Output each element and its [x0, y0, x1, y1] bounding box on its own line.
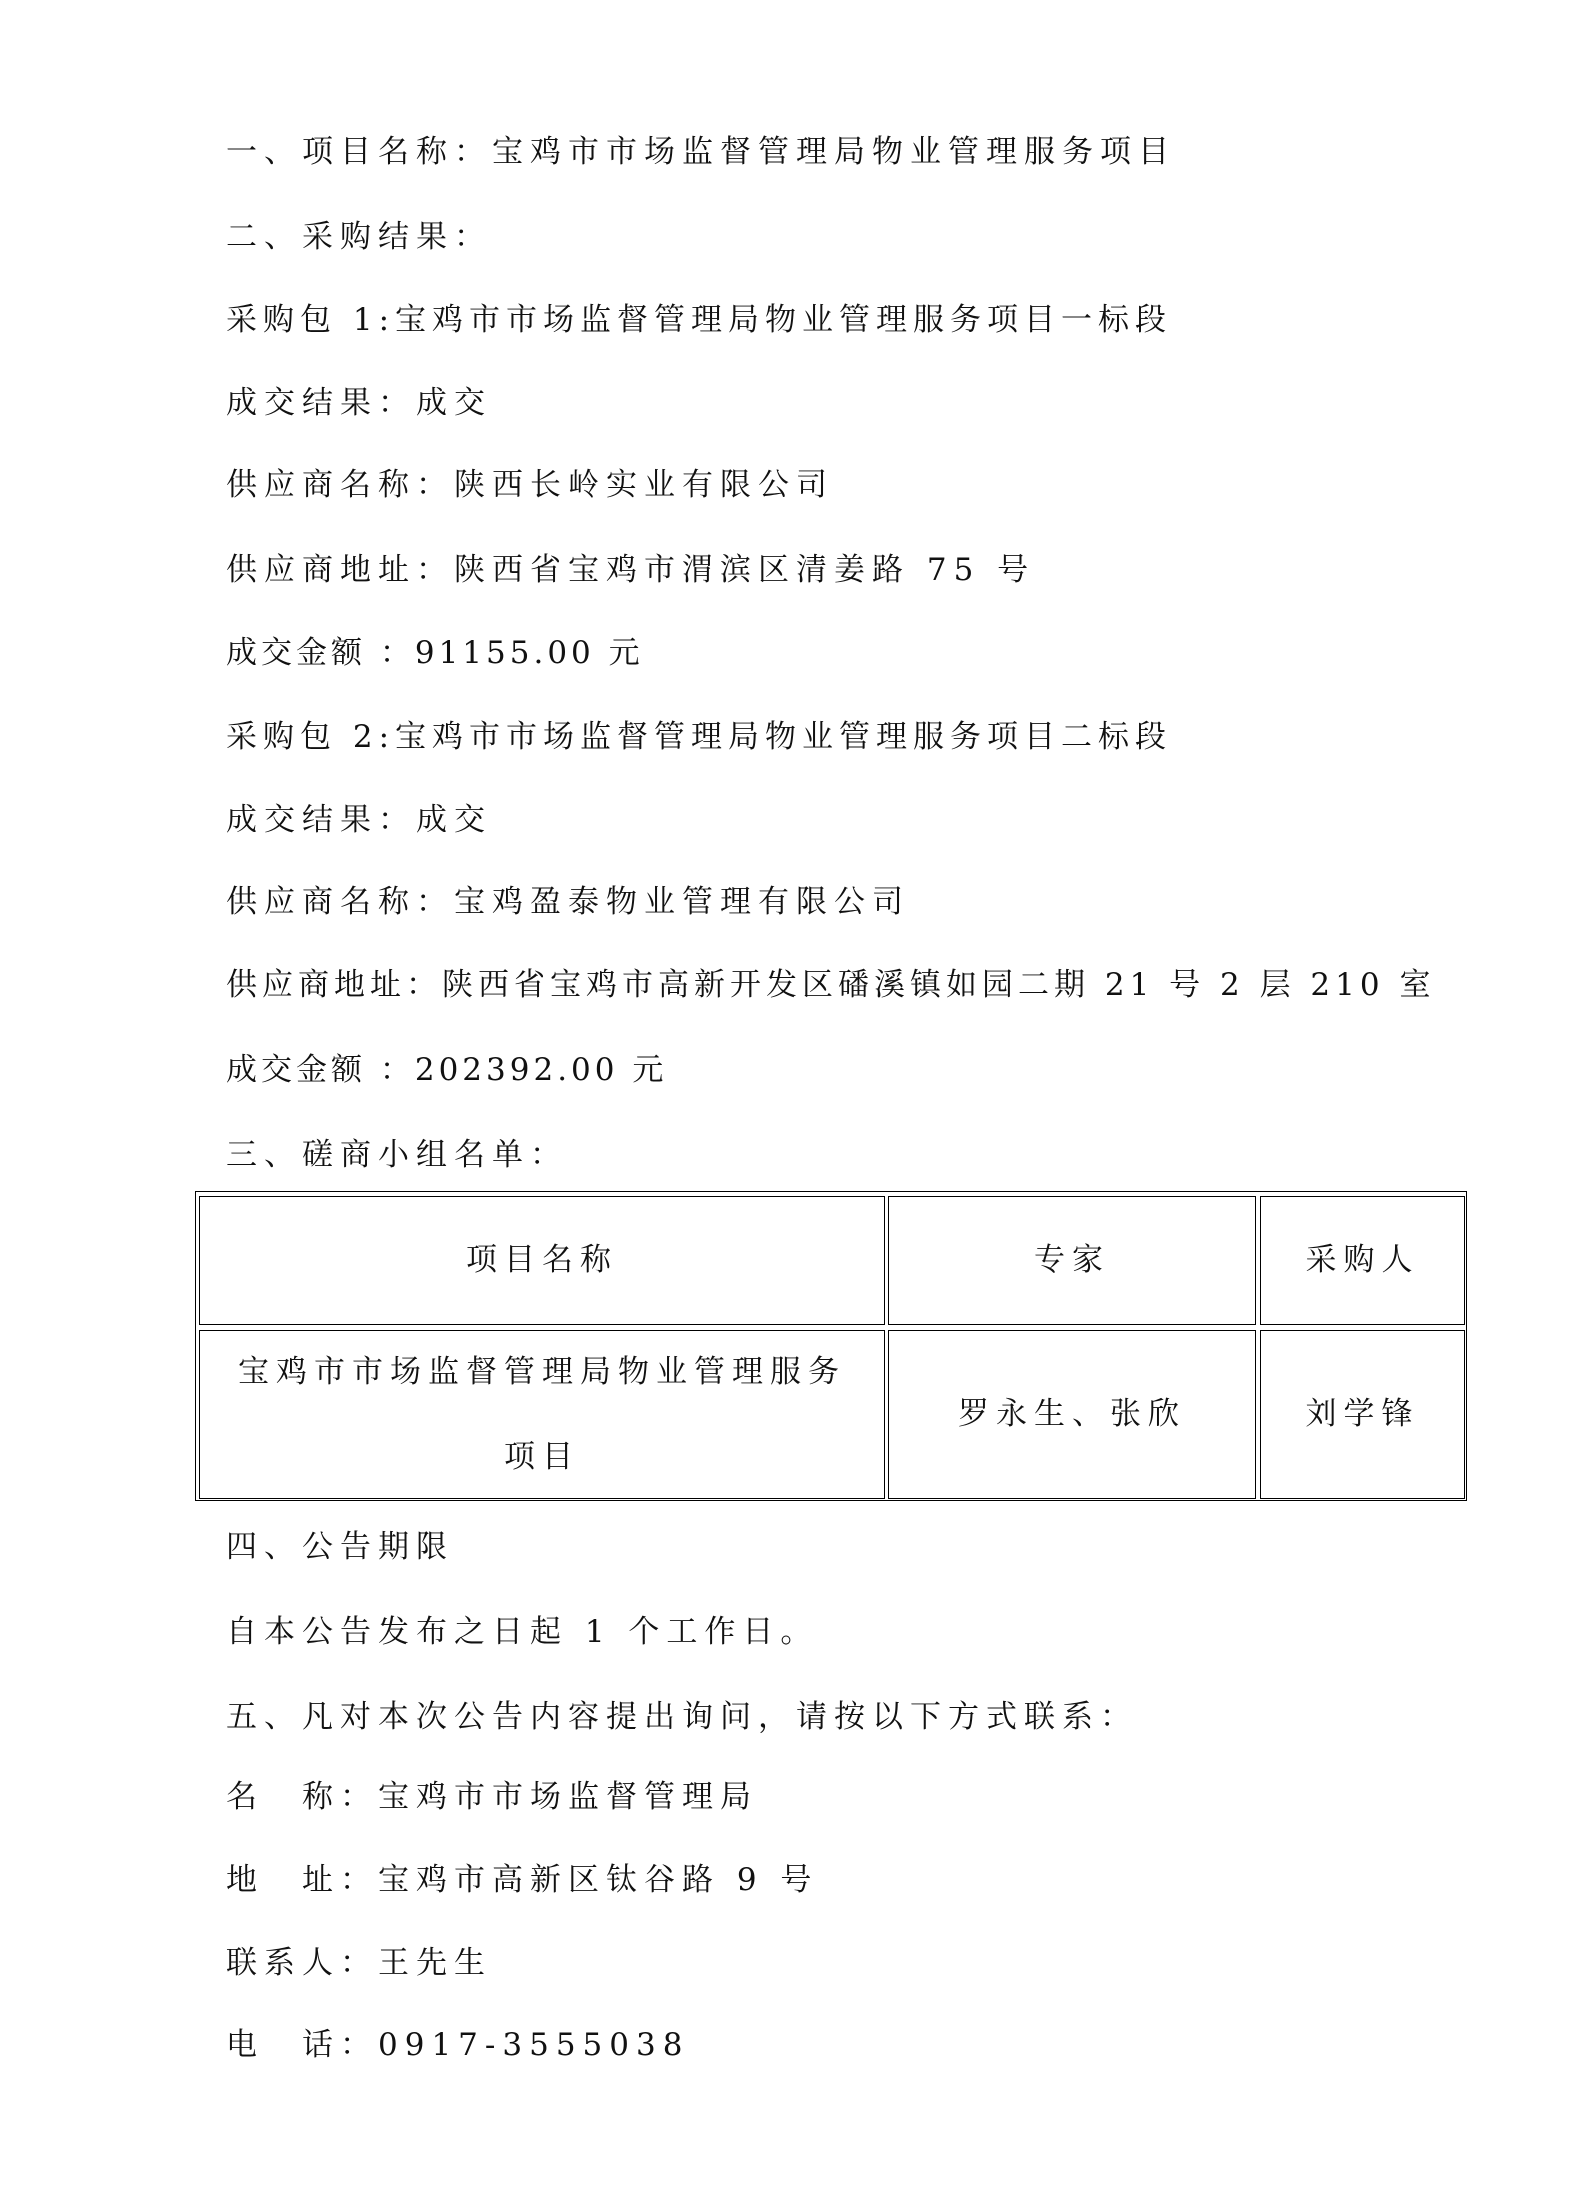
contact-person: 联系人：王先生 [226, 1921, 492, 2005]
table-cell-project-name-line1: 宝鸡市市场监督管理局物业管理服务 [238, 1330, 846, 1415]
package1-supplier-name: 供应商名称：陕西长岭实业有限公司 [226, 443, 834, 527]
contact-heading: 五、凡对本次公告内容提出询问，请按以下方式联系： [226, 1675, 1138, 1759]
package2-amount: 成交金额 ：202392.00 元 [226, 1028, 667, 1112]
project-name-line: 一、项目名称：宝鸡市市场监督管理局物业管理服务项目 [226, 110, 1176, 194]
table-cell-experts-value: 罗永生、张欣 [958, 1372, 1186, 1457]
package1-title: 采购包 1:宝鸡市市场监督管理局物业管理服务项目一标段 [226, 278, 1172, 362]
procurement-result-heading: 二、采购结果： [226, 195, 492, 279]
package2-title: 采购包 2:宝鸡市市场监督管理局物业管理服务项目二标段 [226, 695, 1172, 779]
table-header-project-name-label: 项目名称 [466, 1218, 618, 1303]
notice-period-text: 自本公告发布之日起 1 个工作日。 [226, 1590, 818, 1674]
table-cell-purchaser-value: 刘学锋 [1306, 1372, 1420, 1457]
table-cell-project-name: 宝鸡市市场监督管理局物业管理服务 项目 [199, 1330, 885, 1499]
table-cell-experts: 罗永生、张欣 [888, 1330, 1256, 1499]
contact-phone: 电 话：0917-3555038 [226, 2003, 689, 2087]
table-header-purchaser-label: 采购人 [1306, 1218, 1420, 1303]
contact-address: 地 址：宝鸡市高新区钛谷路 9 号 [226, 1838, 818, 1922]
package2-supplier-address: 供应商地址：陕西省宝鸡市高新开发区磻溪镇如园二期 21 号 2 层 210 室 [226, 943, 1435, 1027]
package1-result: 成交结果：成交 [226, 361, 492, 445]
table-cell-project-name-line2: 项目 [504, 1415, 580, 1500]
table-header-purchaser: 采购人 [1260, 1196, 1465, 1325]
package2-supplier-name: 供应商名称：宝鸡盈泰物业管理有限公司 [226, 860, 910, 944]
package2-result: 成交结果：成交 [226, 778, 492, 862]
table-header-experts: 专家 [888, 1196, 1256, 1325]
table-cell-purchaser: 刘学锋 [1260, 1330, 1465, 1499]
contact-name: 名 称：宝鸡市市场监督管理局 [226, 1755, 758, 1839]
panel-table: 项目名称 专家 采购人 宝鸡市市场监督管理局物业管理服务 项目 罗永生、张欣 刘… [195, 1191, 1467, 1501]
table-header-project-name: 项目名称 [199, 1196, 885, 1325]
package1-supplier-address: 供应商地址：陕西省宝鸡市渭滨区清姜路 75 号 [226, 528, 1035, 612]
table-header-experts-label: 专家 [1034, 1218, 1110, 1303]
panel-heading: 三、磋商小组名单： [226, 1113, 568, 1197]
package1-amount: 成交金额 ：91155.00 元 [226, 611, 644, 695]
notice-period-heading: 四、公告期限 [226, 1505, 454, 1589]
